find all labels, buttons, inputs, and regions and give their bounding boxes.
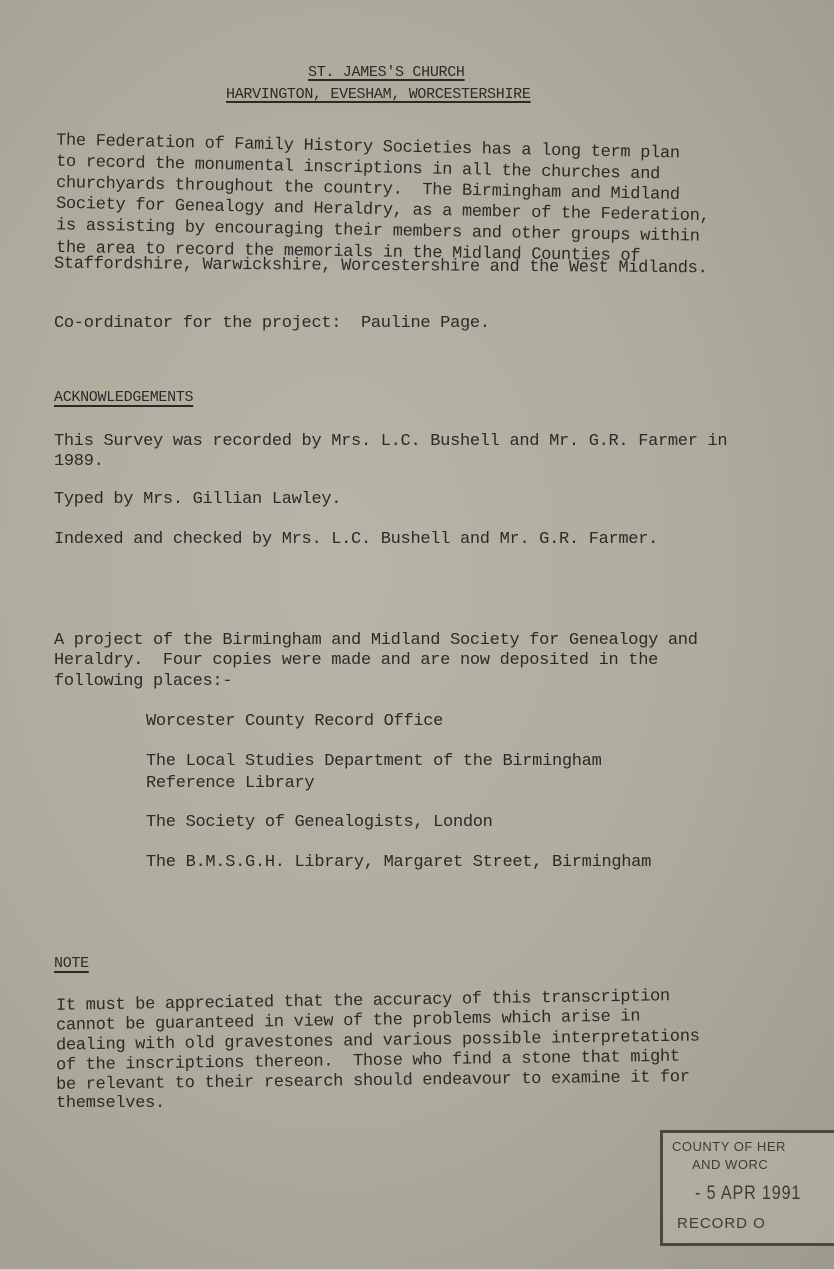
note-heading: NOTE <box>54 955 89 972</box>
project-line: A project of the Birmingham and Midland … <box>54 631 698 650</box>
survey-line: This Survey was recorded by Mrs. L.C. Bu… <box>54 432 727 451</box>
acknowledgements-heading: ACKNOWLEDGEMENTS <box>54 389 193 406</box>
title-church: ST. JAMES'S CHURCH <box>308 64 465 81</box>
project-line: Heraldry. Four copies were made and are … <box>54 651 658 670</box>
place-item: The B.M.S.G.H. Library, Margaret Street,… <box>146 853 651 872</box>
stamp-county: COUNTY OF HER <box>672 1139 786 1154</box>
typed-by-line: Typed by Mrs. Gillian Lawley. <box>54 490 341 509</box>
stamp-county-2: AND WORC <box>692 1157 768 1172</box>
stamp-date: - 5 APR 1991 <box>695 1183 801 1205</box>
note-line: themselves. <box>56 1094 165 1113</box>
document-page: ST. JAMES'S CHURCH HARVINGTON, EVESHAM, … <box>0 0 834 1269</box>
indexed-by-line: Indexed and checked by Mrs. L.C. Bushell… <box>54 530 658 549</box>
intro-line: Staffordshire, Warwickshire, Worcestersh… <box>54 255 708 279</box>
place-item: The Local Studies Department of the Birm… <box>146 752 601 771</box>
project-line: following places:- <box>54 672 232 691</box>
place-item: Worcester County Record Office <box>146 712 443 731</box>
stamp-record: RECORD O <box>677 1215 766 1232</box>
title-location: HARVINGTON, EVESHAM, WORCESTERSHIRE <box>226 86 531 103</box>
place-item: Reference Library <box>146 774 314 793</box>
place-item: The Society of Genealogists, London <box>146 813 493 832</box>
record-office-stamp: COUNTY OF HER AND WORC - 5 APR 1991 RECO… <box>660 1130 834 1246</box>
coordinator-line: Co-ordinator for the project: Pauline Pa… <box>54 314 490 333</box>
survey-year: 1989. <box>54 452 104 471</box>
